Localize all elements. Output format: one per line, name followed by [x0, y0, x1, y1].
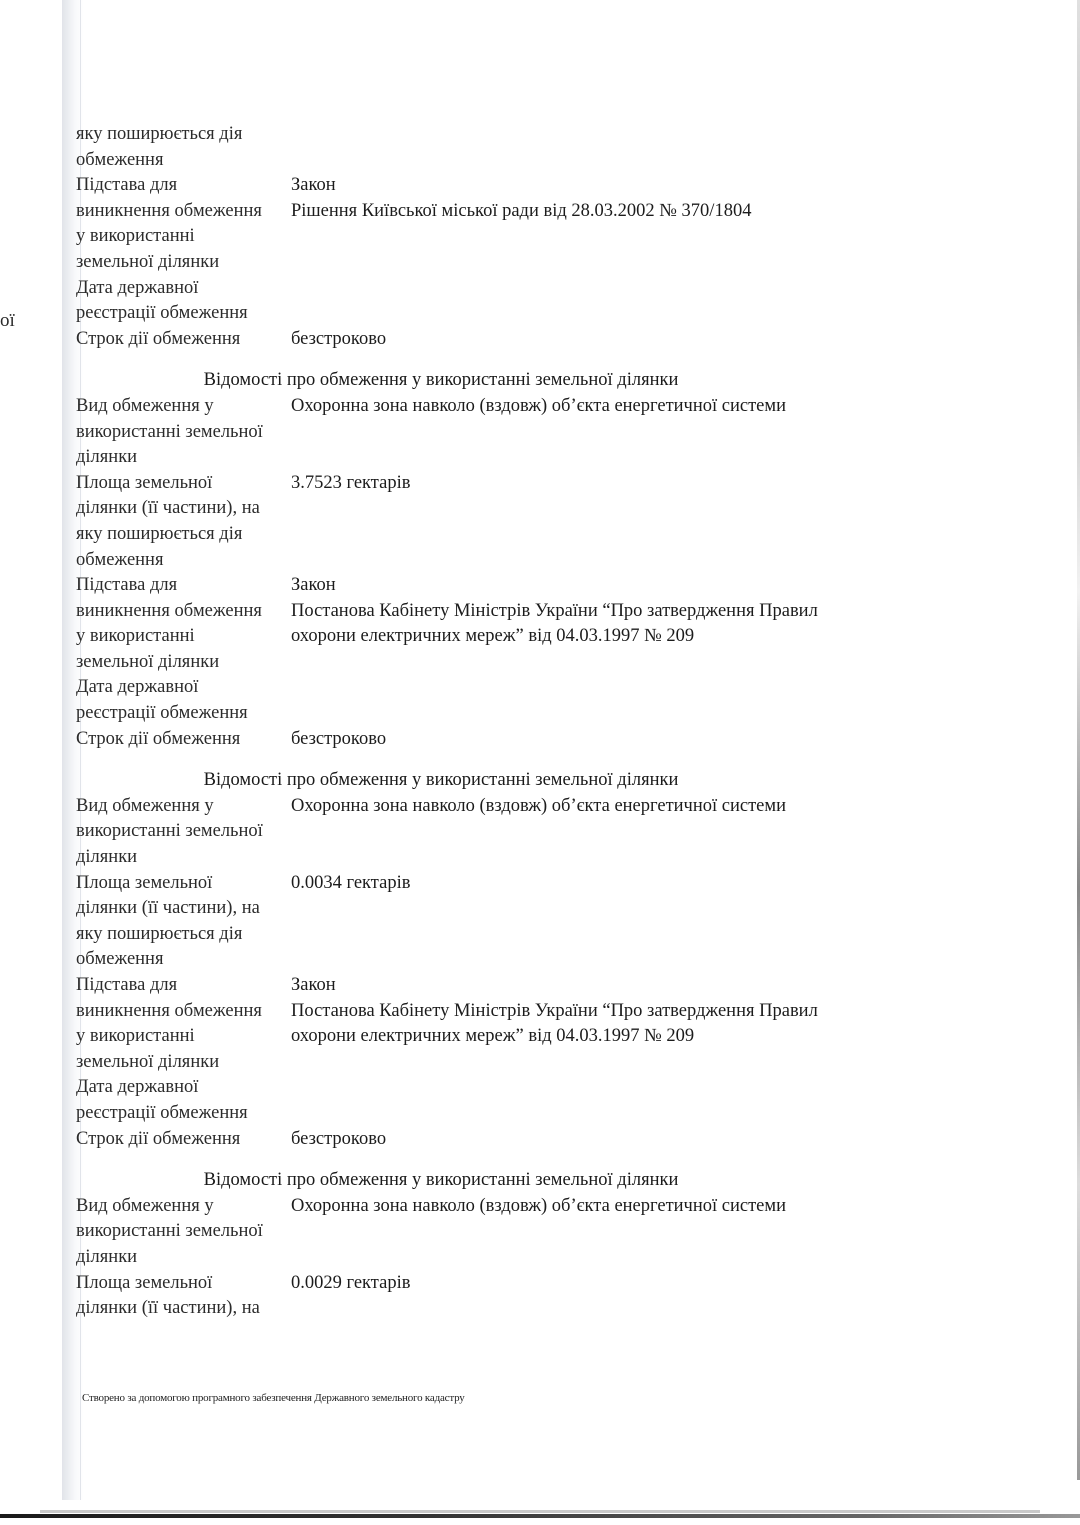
area-value: 3.7523 гектарів — [291, 471, 936, 573]
area-row: Площа земельної ділянки (її частини), на… — [76, 471, 936, 573]
type-label: Вид обмеження у використанні земельної д… — [76, 394, 291, 471]
restriction-section-2: Відомості про обмеження у використанні з… — [76, 768, 936, 1152]
date-row: Дата державної реєстрації обмеження — [76, 675, 936, 726]
term-label: Строк дії обмеження — [76, 1127, 291, 1153]
area-row: Площа земельної ділянки (її частини), на… — [76, 1271, 936, 1322]
date-value — [291, 1075, 936, 1126]
term-row: Строк дії обмеження безстроково — [76, 327, 936, 353]
type-row: Вид обмеження у використанні земельної д… — [76, 394, 936, 471]
basis-label: Підстава для виникнення обмеження у вико… — [76, 973, 291, 1075]
type-value: Охоронна зона навколо (вздовж) об’єкта е… — [291, 794, 936, 871]
restriction-section-1: Відомості про обмеження у використанні з… — [76, 368, 936, 752]
basis-value: Закон Рішення Київської міської ради від… — [291, 173, 936, 275]
footer-note: Створено за допомогою програмного забезп… — [82, 1392, 465, 1404]
area-value: 0.0029 гектарів — [291, 1271, 936, 1322]
date-value — [291, 675, 936, 726]
type-row: Вид обмеження у використанні земельної д… — [76, 1194, 936, 1271]
section-title: Відомості про обмеження у використанні з… — [76, 368, 936, 394]
basis-value: Закон Постанова Кабінету Міністрів Украї… — [291, 973, 936, 1075]
term-row: Строк дії обмеження безстроково — [76, 727, 936, 753]
term-value: безстроково — [291, 1127, 936, 1153]
type-value: Охоронна зона навколо (вздовж) об’єкта е… — [291, 1194, 936, 1271]
area-row-tail: яку поширюється дія обмеження — [76, 122, 936, 173]
scan-edge-bottom — [0, 1514, 1080, 1518]
type-value: Охоронна зона навколо (вздовж) об’єкта е… — [291, 394, 936, 471]
scan-edge-bottom-light — [40, 1510, 1040, 1513]
basis-row: Підстава для виникнення обмеження у вико… — [76, 973, 936, 1075]
type-label: Вид обмеження у використанні земельної д… — [76, 794, 291, 871]
area-value: 0.0034 гектарів — [291, 871, 936, 973]
term-label: Строк дії обмеження — [76, 327, 291, 353]
area-label: Площа земельної ділянки (її частини), на… — [76, 471, 291, 573]
term-label: Строк дії обмеження — [76, 727, 291, 753]
date-label: Дата державної реєстрації обмеження — [76, 276, 291, 327]
area-label: Площа земельної ділянки (її частини), на… — [76, 871, 291, 973]
margin-text-fragment: ої — [0, 310, 15, 332]
restriction-section-3: Відомості про обмеження у використанні з… — [76, 1168, 936, 1322]
basis-row: Підстава для виникнення обмеження у вико… — [76, 573, 936, 675]
continued-restriction-block: яку поширюється дія обмеження Підстава д… — [76, 122, 936, 352]
term-value: безстроково — [291, 327, 936, 353]
type-label: Вид обмеження у використанні земельної д… — [76, 1194, 291, 1271]
document-body: яку поширюється дія обмеження Підстава д… — [76, 122, 936, 1322]
date-value — [291, 276, 936, 327]
date-row: Дата державної реєстрації обмеження — [76, 276, 936, 327]
basis-label: Підстава для виникнення обмеження у вико… — [76, 573, 291, 675]
section-title: Відомості про обмеження у використанні з… — [76, 1168, 936, 1194]
area-label: яку поширюється дія обмеження — [76, 122, 291, 173]
area-row: Площа земельної ділянки (її частини), на… — [76, 871, 936, 973]
area-value — [291, 122, 936, 173]
basis-value: Закон Постанова Кабінету Міністрів Украї… — [291, 573, 936, 675]
type-row: Вид обмеження у використанні земельної д… — [76, 794, 936, 871]
area-label: Площа земельної ділянки (її частини), на — [76, 1271, 291, 1322]
section-title: Відомості про обмеження у використанні з… — [76, 768, 936, 794]
date-label: Дата державної реєстрації обмеження — [76, 1075, 291, 1126]
date-row: Дата державної реєстрації обмеження — [76, 1075, 936, 1126]
basis-row: Підстава для виникнення обмеження у вико… — [76, 173, 936, 275]
term-row: Строк дії обмеження безстроково — [76, 1127, 936, 1153]
term-value: безстроково — [291, 727, 936, 753]
basis-label: Підстава для виникнення обмеження у вико… — [76, 173, 291, 275]
date-label: Дата державної реєстрації обмеження — [76, 675, 291, 726]
